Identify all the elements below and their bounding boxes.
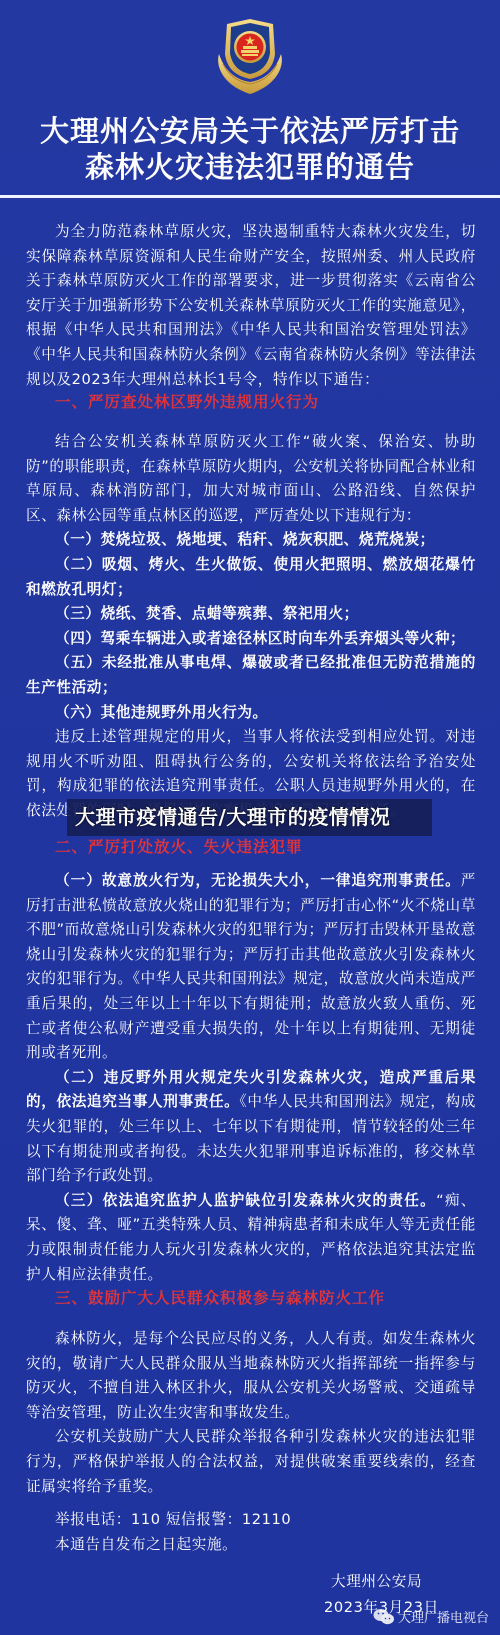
section1-intro: 结合公安机关森林草原防灭火工作“破火案、保治安、协助防”的职能职责，在森林草原防… bbox=[26, 430, 476, 528]
overlay-banner-text: 大理市疫情通告/大理市的疫情情况 bbox=[75, 803, 390, 831]
section2-body: （一）故意放火行为，无论损失大小，一律追究刑事责任。严厉打击泄私愤故意放火烧山的… bbox=[26, 869, 476, 1287]
notice-title-line2: 森林火灾违法犯罪的通告 bbox=[0, 148, 500, 186]
section2-item-1-body: 严厉打击泄私愤故意放火烧山的犯罪行为；严厉打击心怀“火不烧山草不肥”而故意烧山引… bbox=[26, 872, 476, 1061]
watermark-text: 大理广播电视台 bbox=[398, 1607, 489, 1626]
section1-item-1: （一）焚烧垃圾、烧地埂、秸秆、烧灰积肥、烧荒烧炭； bbox=[26, 528, 476, 553]
signature: 大理州公安局 bbox=[331, 1570, 422, 1591]
section1-item-6: （六）其他违规野外用火行为。 bbox=[26, 701, 476, 726]
section1-item-3: （三）烧纸、焚香、点蜡等殡葬、祭祀用火； bbox=[26, 602, 476, 627]
section2-item-3-lead: （三）依法追究监护人监护缺位引发森林火灾的责任。 bbox=[55, 1192, 436, 1209]
intro-paragraph: 为全力防范森林草原火灾，坚决遏制重特大森林火灾发生，切实保障森林草原资源和人民生… bbox=[26, 220, 476, 392]
notice-title-line1: 大理州公安局关于依法严厉打击 bbox=[0, 112, 500, 150]
section1-item-2: （二）吸烟、烤火、生火做饭、使用火把照明、燃放烟花爆竹和燃放孔明灯； bbox=[26, 553, 476, 602]
section1-heading: 一、严厉查处林区野外违规用火行为 bbox=[55, 391, 319, 413]
overlay-banner: 大理市疫情通告/大理市的疫情情况 bbox=[67, 799, 432, 836]
police-emblem-icon bbox=[213, 16, 287, 96]
section2-heading: 二、严厉打处放火、失火违法犯罪 bbox=[55, 836, 303, 858]
section3-para-1: 森林防火，是每个公民应尽的义务，人人有责。如发生森林火灾的，敬请广大人民群众服从… bbox=[26, 1327, 476, 1425]
section1-item-5: （五）未经批准从事电焊、爆破或者已经批准但无防范措施的生产性活动； bbox=[26, 651, 476, 700]
section2-item-1-lead: （一）故意放火行为，无论损失大小，一律追究刑事责任。 bbox=[55, 872, 461, 889]
notice-poster: 大理州公安局关于依法严厉打击 森林火灾违法犯罪的通告 为全力防范森林草原火灾，坚… bbox=[0, 0, 500, 1635]
intro-text: 为全力防范森林草原火灾，坚决遏制重特大森林火灾发生，切实保障森林草原资源和人民生… bbox=[26, 220, 476, 392]
effective-date-note: 本通告自发布之日起实施。 bbox=[55, 1533, 237, 1554]
watermark: 大理广播电视台 bbox=[373, 1607, 489, 1626]
section3-body: 森林防火，是每个公民应尽的义务，人人有责。如发生森林火灾的，敬请广大人民群众服从… bbox=[26, 1327, 476, 1499]
section2-item-3: （三）依法追究监护人监护缺位引发森林火灾的责任。“痴、呆、傻、聋、哑”五类特殊人… bbox=[26, 1189, 476, 1287]
section1-body: 结合公安机关森林草原防灭火工作“破火案、保治安、协助防”的职能职责，在森林草原防… bbox=[26, 430, 476, 824]
section1-item-4: （四）驾乘车辆进入或者途径林区时向车外丢弃烟头等火种； bbox=[26, 627, 476, 652]
wechat-icon bbox=[373, 1608, 395, 1626]
section3-para-2: 公安机关鼓励广大人民群众举报各种引发森林火灾的违法犯罪行为，严格保护举报人的合法… bbox=[26, 1425, 476, 1499]
section2-item-1: （一）故意放火行为，无论损失大小，一律追究刑事责任。严厉打击泄私愤故意放火烧山的… bbox=[26, 869, 476, 1066]
section2-item-2: （二）违反野外用火规定失火引发森林火灾，造成严重后果的，依法追究当事人刑事责任。… bbox=[26, 1066, 476, 1189]
section3-heading: 三、鼓励广大人民群众积极参与森林防火工作 bbox=[55, 1287, 385, 1309]
hotline: 举报电话：110 短信报警：12110 bbox=[55, 1508, 291, 1529]
title-divider bbox=[0, 195, 500, 198]
